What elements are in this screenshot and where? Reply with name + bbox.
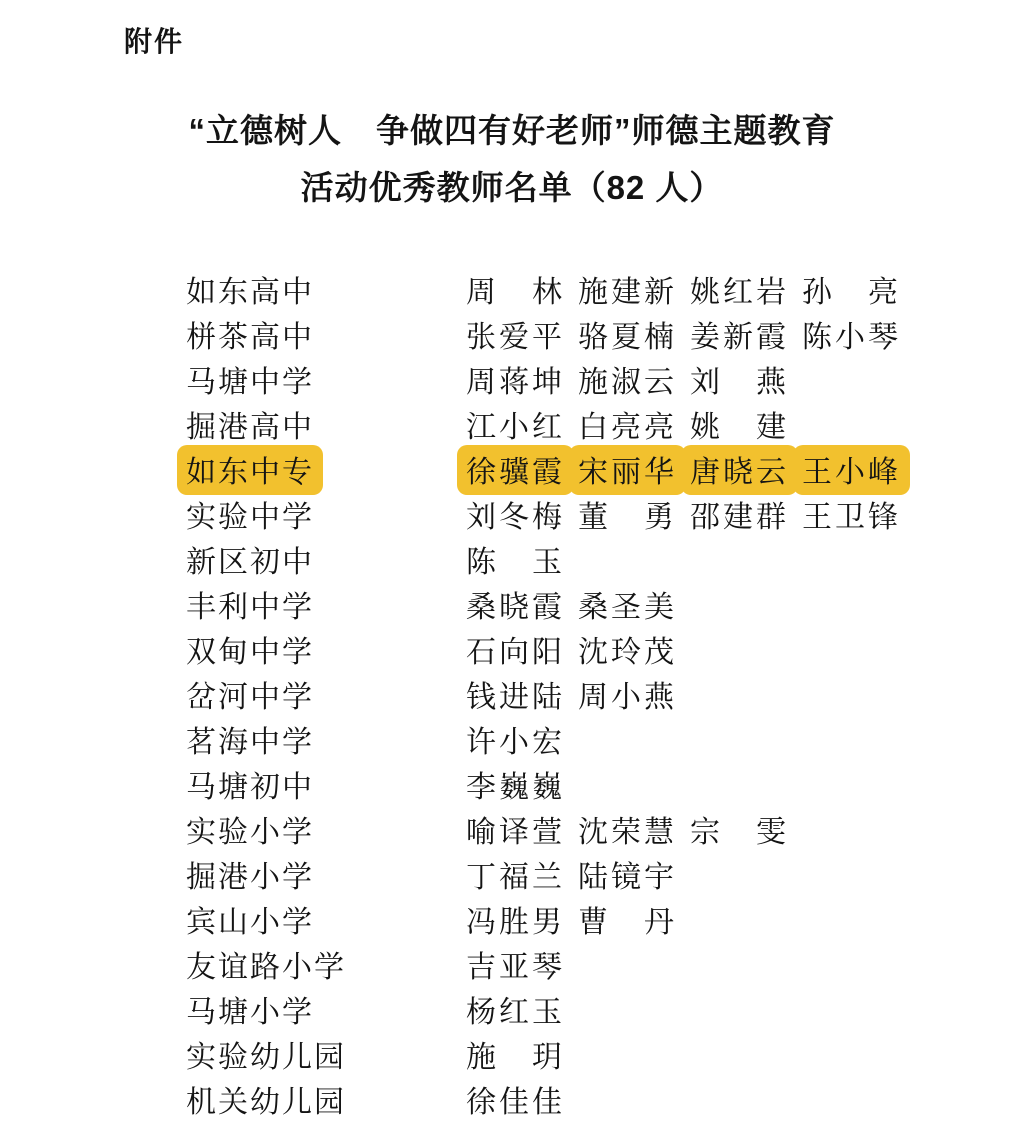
table-row: 掘港高中 江小红白亮亮姚 建 — [186, 401, 914, 446]
teacher-name: 施淑云 — [578, 357, 677, 401]
school-cell: 掘港高中 — [186, 402, 466, 446]
school-cell: 如东高中 — [186, 267, 466, 311]
teacher-name-cell: 王小峰 — [802, 447, 914, 491]
teacher-name-cell: 沈玲茂 — [578, 627, 690, 671]
table-row: 栟茶高中 张爱平骆夏楠姜新霞陈小琴 — [186, 311, 914, 356]
school-name: 茗海中学 — [186, 717, 314, 761]
teacher-name: 骆夏楠 — [578, 312, 677, 356]
school-cell: 掘港小学 — [186, 852, 466, 896]
teacher-name: 桑晓霞 — [466, 582, 565, 626]
teacher-name: 杨红玉 — [466, 987, 565, 1031]
school-name: 实验幼儿园 — [186, 1032, 346, 1076]
teacher-name-cell: 许小宏 — [466, 717, 578, 761]
teacher-name-cell: 江小红 — [466, 402, 578, 446]
teacher-name-cell: 钱进陆 — [466, 672, 578, 716]
school-cell: 如东中专 — [186, 447, 466, 491]
school-name: 实验小学 — [186, 807, 314, 851]
teacher-name: 石向阳 — [466, 627, 565, 671]
teacher-name-cell: 宋丽华 — [578, 447, 690, 491]
teacher-name-cell: 丁福兰 — [466, 852, 578, 896]
document-page: 附件 “立德树人 争做四有好老师”师德主题教育 活动优秀教师名单（82 人） 如… — [0, 0, 1024, 1131]
table-row: 宾山小学 冯胜男曹 丹 — [186, 896, 914, 941]
teacher-name-cell: 陆镜宇 — [578, 852, 690, 896]
teacher-name: 许小宏 — [466, 717, 565, 761]
school-name: 实验中学 — [186, 492, 314, 536]
teacher-name-cell: 骆夏楠 — [578, 312, 690, 356]
teacher-name-cell: 唐晓云 — [690, 447, 802, 491]
title-line-2: 活动优秀教师名单（82 人） — [0, 159, 1024, 216]
school-name: 马塘小学 — [186, 987, 314, 1031]
teacher-name: 姜新霞 — [690, 312, 789, 356]
school-name: 掘港小学 — [186, 852, 314, 896]
teacher-name: 周小燕 — [578, 672, 677, 716]
teacher-name: 沈荣慧 — [578, 807, 677, 851]
school-cell: 马塘中学 — [186, 357, 466, 401]
school-cell: 马塘初中 — [186, 762, 466, 806]
teacher-name-cell: 施淑云 — [578, 357, 690, 401]
teacher-name: 李巍巍 — [466, 762, 565, 806]
teacher-name: 丁福兰 — [466, 852, 565, 896]
teacher-name: 姚红岩 — [690, 267, 789, 311]
school-cell: 实验中学 — [186, 492, 466, 536]
teacher-name: 施 玥 — [466, 1032, 565, 1076]
teacher-name: 白亮亮 — [578, 402, 677, 446]
teacher-roster: 如东高中 周 林施建新姚红岩孙 亮 栟茶高中 张爱平骆夏楠姜新霞陈小琴 马塘中学… — [186, 266, 914, 1121]
table-row: 如东中专 徐骥霞宋丽华唐晓云王小峰 — [186, 446, 914, 491]
teacher-name: 王卫锋 — [802, 492, 901, 536]
teacher-name-cell: 孙 亮 — [802, 267, 914, 311]
teacher-name: 宗 雯 — [690, 807, 789, 851]
school-name: 如东中专 — [177, 445, 323, 495]
teacher-name: 邵建群 — [690, 492, 789, 536]
school-cell: 机关幼儿园 — [186, 1077, 466, 1121]
teacher-name: 施建新 — [578, 267, 677, 311]
teacher-name: 沈玲茂 — [578, 627, 677, 671]
teacher-name: 吉亚琴 — [466, 942, 565, 986]
table-row: 马塘小学 杨红玉 — [186, 986, 914, 1031]
table-row: 实验小学 喻译萱沈荣慧宗 雯 — [186, 806, 914, 851]
table-row: 如东高中 周 林施建新姚红岩孙 亮 — [186, 266, 914, 311]
teacher-name-cell: 陈小琴 — [802, 312, 914, 356]
table-row: 茗海中学 许小宏 — [186, 716, 914, 761]
teacher-name-cell: 沈荣慧 — [578, 807, 690, 851]
school-cell: 茗海中学 — [186, 717, 466, 761]
teacher-name-cell: 姚红岩 — [690, 267, 802, 311]
school-cell: 岔河中学 — [186, 672, 466, 716]
teacher-name-cell: 施 玥 — [466, 1032, 578, 1076]
table-row: 实验幼儿园 施 玥 — [186, 1031, 914, 1076]
school-name: 如东高中 — [186, 267, 314, 311]
teacher-name: 王小峰 — [793, 445, 910, 495]
teacher-name: 钱进陆 — [466, 672, 565, 716]
teacher-name-cell: 石向阳 — [466, 627, 578, 671]
teacher-name-cell: 周蒋坤 — [466, 357, 578, 401]
table-row: 新区初中 陈 玉 — [186, 536, 914, 581]
teacher-name-cell: 杨红玉 — [466, 987, 578, 1031]
attachment-label: 附件 — [124, 20, 184, 60]
school-name: 掘港高中 — [186, 402, 314, 446]
teacher-name-cell: 周小燕 — [578, 672, 690, 716]
school-name: 岔河中学 — [186, 672, 314, 716]
teacher-name: 徐佳佳 — [466, 1077, 565, 1121]
teacher-name-cell: 周 林 — [466, 267, 578, 311]
school-name: 丰利中学 — [186, 582, 314, 626]
school-name: 栟茶高中 — [186, 312, 314, 356]
teacher-name-cell: 陈 玉 — [466, 537, 578, 581]
teacher-name: 曹 丹 — [578, 897, 677, 941]
teacher-name: 刘冬梅 — [466, 492, 565, 536]
school-name: 双甸中学 — [186, 627, 314, 671]
teacher-name-cell: 吉亚琴 — [466, 942, 578, 986]
school-cell: 实验小学 — [186, 807, 466, 851]
teacher-name-cell: 曹 丹 — [578, 897, 690, 941]
table-row: 双甸中学 石向阳沈玲茂 — [186, 626, 914, 671]
teacher-name: 陈小琴 — [802, 312, 901, 356]
teacher-name: 江小红 — [466, 402, 565, 446]
table-row: 友谊路小学 吉亚琴 — [186, 941, 914, 986]
teacher-name: 董 勇 — [578, 492, 677, 536]
school-cell: 丰利中学 — [186, 582, 466, 626]
school-name: 马塘初中 — [186, 762, 314, 806]
table-row: 马塘中学 周蒋坤施淑云刘 燕 — [186, 356, 914, 401]
teacher-name: 宋丽华 — [569, 445, 686, 495]
school-name: 马塘中学 — [186, 357, 314, 401]
teacher-name: 孙 亮 — [802, 267, 901, 311]
teacher-name: 陈 玉 — [466, 537, 565, 581]
teacher-name-cell: 宗 雯 — [690, 807, 802, 851]
teacher-name-cell: 刘冬梅 — [466, 492, 578, 536]
teacher-name: 冯胜男 — [466, 897, 565, 941]
teacher-name: 陆镜宇 — [578, 852, 677, 896]
teacher-name: 张爱平 — [466, 312, 565, 356]
teacher-name: 喻译萱 — [466, 807, 565, 851]
teacher-name-cell: 桑圣美 — [578, 582, 690, 626]
teacher-name: 唐晓云 — [681, 445, 798, 495]
table-row: 掘港小学 丁福兰陆镜宇 — [186, 851, 914, 896]
title-line-1: “立德树人 争做四有好老师”师德主题教育 — [0, 102, 1024, 159]
table-row: 丰利中学 桑晓霞桑圣美 — [186, 581, 914, 626]
teacher-name-cell: 李巍巍 — [466, 762, 578, 806]
teacher-name-cell: 董 勇 — [578, 492, 690, 536]
teacher-name: 姚 建 — [690, 402, 789, 446]
school-cell: 友谊路小学 — [186, 942, 466, 986]
table-row: 马塘初中 李巍巍 — [186, 761, 914, 806]
school-name: 友谊路小学 — [186, 942, 346, 986]
teacher-name-cell: 桑晓霞 — [466, 582, 578, 626]
teacher-name-cell: 白亮亮 — [578, 402, 690, 446]
teacher-name: 桑圣美 — [578, 582, 677, 626]
teacher-name: 刘 燕 — [690, 357, 789, 401]
teacher-name-cell: 邵建群 — [690, 492, 802, 536]
teacher-name-cell: 徐佳佳 — [466, 1077, 578, 1121]
teacher-name: 周 林 — [466, 267, 565, 311]
teacher-name-cell: 喻译萱 — [466, 807, 578, 851]
school-cell: 实验幼儿园 — [186, 1032, 466, 1076]
teacher-name-cell: 王卫锋 — [802, 492, 914, 536]
teacher-name-cell: 姚 建 — [690, 402, 802, 446]
document-title: “立德树人 争做四有好老师”师德主题教育 活动优秀教师名单（82 人） — [0, 102, 1024, 216]
school-cell: 宾山小学 — [186, 897, 466, 941]
school-cell: 马塘小学 — [186, 987, 466, 1031]
school-name: 新区初中 — [186, 537, 314, 581]
teacher-name-cell: 施建新 — [578, 267, 690, 311]
teacher-name-cell: 张爱平 — [466, 312, 578, 356]
teacher-name-cell: 冯胜男 — [466, 897, 578, 941]
table-row: 岔河中学 钱进陆周小燕 — [186, 671, 914, 716]
school-name: 机关幼儿园 — [186, 1077, 346, 1121]
teacher-name: 周蒋坤 — [466, 357, 565, 401]
teacher-name: 徐骥霞 — [457, 445, 574, 495]
school-cell: 栟茶高中 — [186, 312, 466, 356]
school-cell: 双甸中学 — [186, 627, 466, 671]
teacher-name-cell: 徐骥霞 — [466, 447, 578, 491]
teacher-name-cell: 刘 燕 — [690, 357, 802, 401]
table-row: 机关幼儿园 徐佳佳 — [186, 1076, 914, 1121]
school-cell: 新区初中 — [186, 537, 466, 581]
teacher-name-cell: 姜新霞 — [690, 312, 802, 356]
table-row: 实验中学 刘冬梅董 勇邵建群王卫锋 — [186, 491, 914, 536]
school-name: 宾山小学 — [186, 897, 314, 941]
